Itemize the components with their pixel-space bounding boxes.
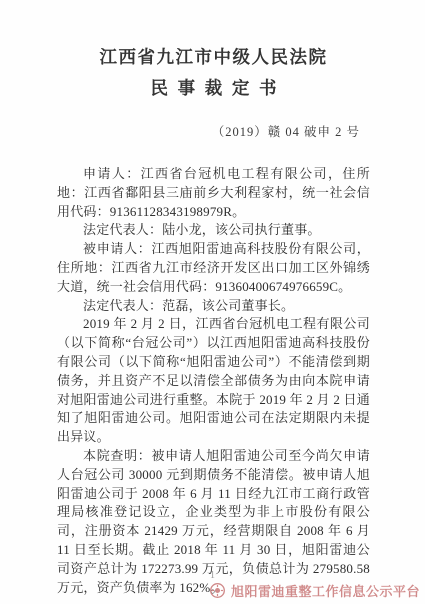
applicant-legal-representative-paragraph: 法定代表人：陆小龙，该公司执行董事。 [57,221,370,240]
platform-watermark: 旭阳雷迪重整工作信息公示平台 [209,581,420,600]
applicant-paragraph: 申请人：江西省台冠机电工程有限公司，住所地：江西省鄱阳县三庙前乡大利程家村，统一… [57,165,370,221]
platform-watermark-text: 旭阳雷迪重整工作信息公示平台 [231,581,420,600]
application-background-paragraph: 2019 年 2 月 2 日，江西省台冠机电工程有限公司（以下简称“台冠公司”）… [57,315,370,447]
page-number: 1 [0,570,425,581]
platform-logo-icon [209,582,226,599]
respondent-paragraph: 被申请人：江西旭阳雷迪高科技股份有限公司，住所地：江西省九江市经济开发区出口加工… [57,240,370,296]
respondent-legal-representative-paragraph: 法定代表人：范磊，该公司董事长。 [57,297,370,316]
document-body: 申请人：江西省台冠机电工程有限公司，住所地：江西省鄱阳县三庙前乡大利程家村，统一… [57,165,370,597]
court-name: 江西省九江市中级人民法院 [57,44,370,69]
case-number: （2019）赣 04 破申 2 号 [57,122,370,140]
document-type-title: 民事裁定书 [57,75,370,100]
document-page: 江西省九江市中级人民法院 民事裁定书 （2019）赣 04 破申 2 号 申请人… [0,0,425,604]
